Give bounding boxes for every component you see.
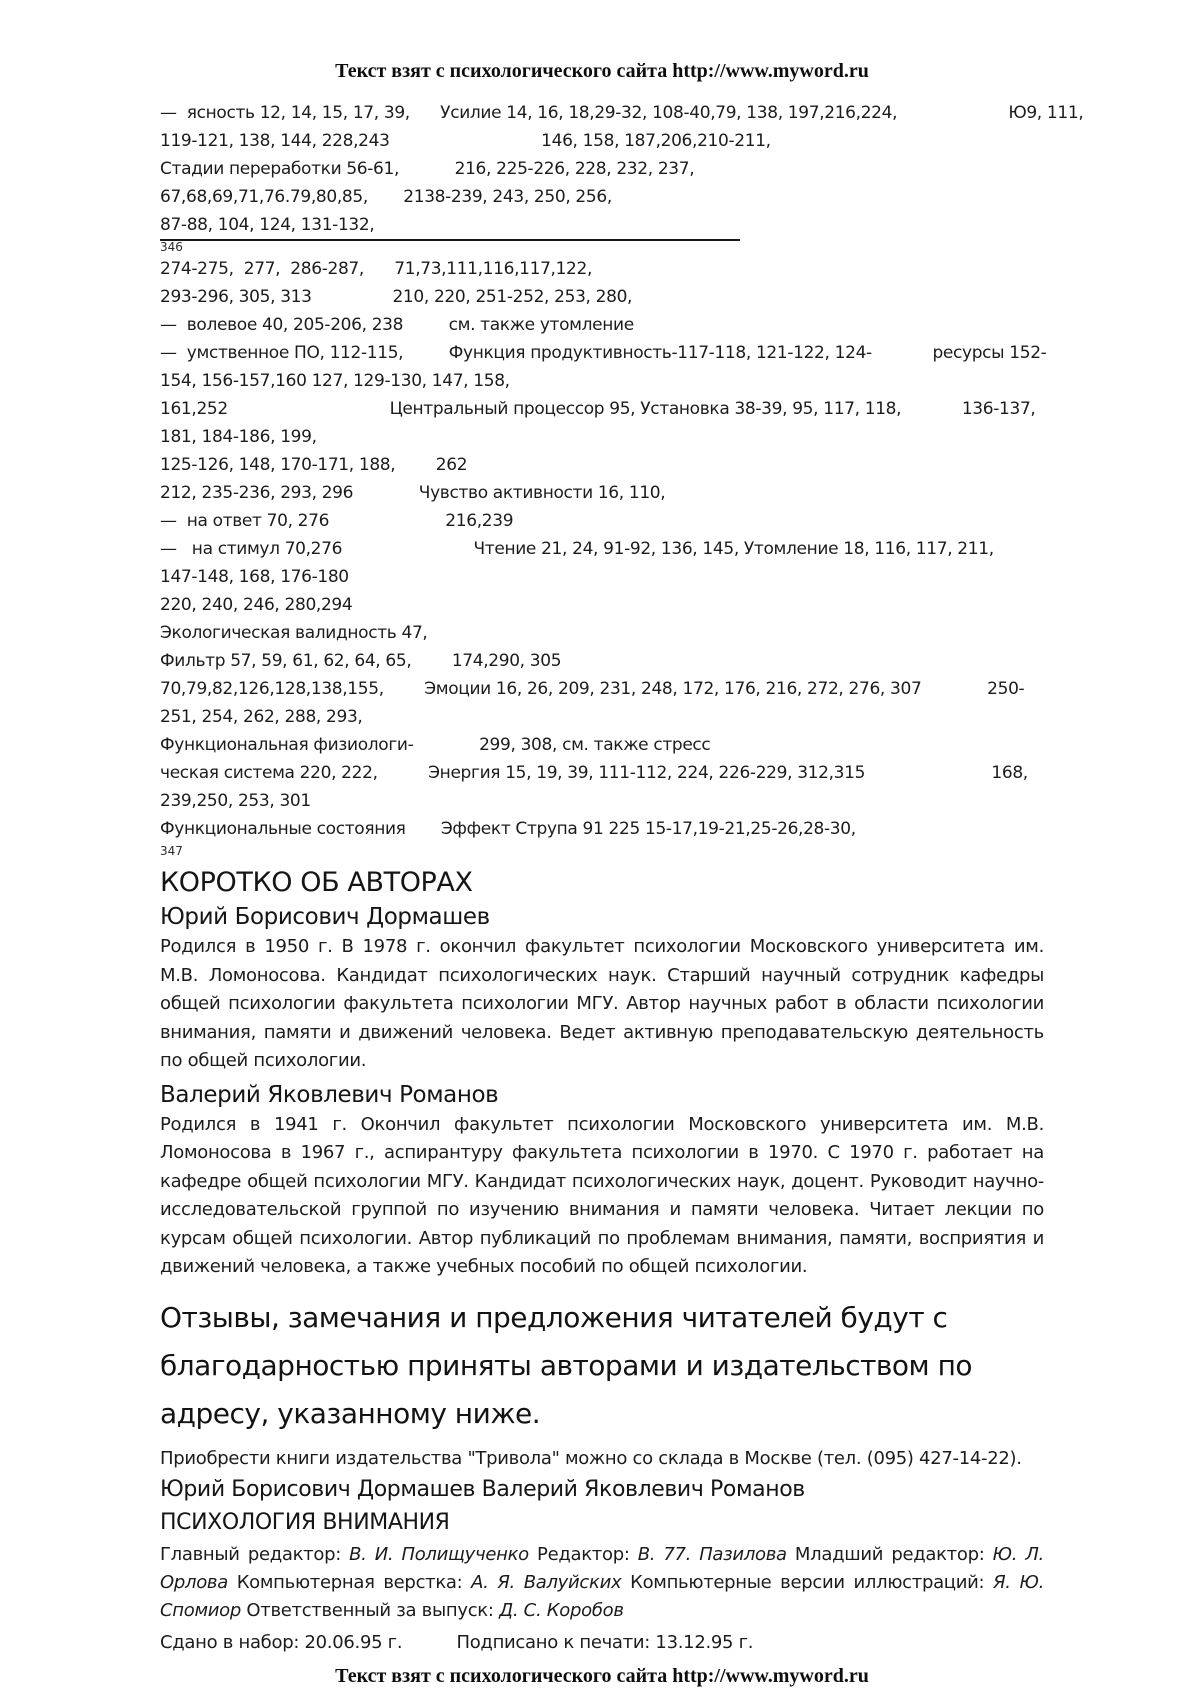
purchase-note: Приобрести книги издательства "Тривола" …: [160, 1444, 1044, 1473]
index-line: 161,252 Центральный процессор 95, Устано…: [160, 395, 1044, 423]
book-title: ПСИХОЛОГИЯ ВНИМАНИЯ: [160, 1506, 1044, 1539]
credit-role-label: Ответственный за выпуск:: [246, 1600, 499, 1621]
credit-role-label: Компьютерные версии иллюстраций:: [630, 1572, 993, 1593]
index-line: ческая система 220, 222, Энергия 15, 19,…: [160, 759, 1044, 787]
credit-role-label: Главный редактор:: [160, 1544, 349, 1565]
index-line: 67,68,69,71,76.79,80,85, 2138-239, 243, …: [160, 183, 1044, 211]
index-line: 181, 184-186, 199,: [160, 423, 1044, 451]
index-line: Фильтр 57, 59, 61, 62, 64, 65, 174,290, …: [160, 647, 1044, 675]
index-line: 70,79,82,126,128,138,155, Эмоции 16, 26,…: [160, 675, 1044, 703]
credit-person-name: В. И. Полищученко: [349, 1544, 537, 1565]
index-line: — ясность 12, 14, 15, 17, 39, Усилие 14,…: [160, 99, 1044, 127]
index-line: — умственное ПО, 112-115, Функция продук…: [160, 339, 1044, 367]
index-section: — ясность 12, 14, 15, 17, 39, Усилие 14,…: [160, 99, 1044, 859]
index-line: — на стимул 70,276 Чтение 21, 24, 91-92,…: [160, 535, 1044, 563]
index-line: 251, 254, 262, 288, 293,: [160, 703, 1044, 731]
index-line: 125-126, 148, 170-171, 188, 262: [160, 451, 1044, 479]
document-page: Текст взят с психологического сайта http…: [0, 0, 1200, 1697]
credit-person-name: Д. С. Коробов: [499, 1600, 624, 1621]
author-bio-romanov: Родился в 1941 г. Окончил факультет псих…: [160, 1111, 1044, 1282]
index-line: 87-88, 104, 124, 131-132,: [160, 211, 740, 241]
index-line: 274-275, 277, 286-287, 71,73,111,116,117…: [160, 255, 1044, 283]
index-line: 220, 240, 246, 280,294: [160, 591, 1044, 619]
credit-role-label: Компьютерная верстка:: [237, 1572, 471, 1593]
index-line: 154, 156-157,160 127, 129-130, 147, 158,: [160, 367, 1044, 395]
author-name-romanov: Валерий Яковлевич Романов: [160, 1082, 1044, 1108]
credits-line: Главный редактор: В. И. Полищученко Реда…: [160, 1541, 1044, 1625]
page-number-marker: 347: [160, 843, 1044, 859]
feedback-note: Отзывы, замечания и предложения читателе…: [160, 1294, 1000, 1438]
index-line: 212, 235-236, 293, 296 Чувство активност…: [160, 479, 1044, 507]
site-header-note: Текст взят с психологического сайта http…: [160, 60, 1044, 83]
index-line: — волевое 40, 205-206, 238 см. также уто…: [160, 311, 1044, 339]
index-line: 239,250, 253, 301: [160, 787, 1044, 815]
index-line: Экологическая валидность 47,: [160, 619, 1044, 647]
index-line: Стадии переработки 56-61, 216, 225-226, …: [160, 155, 1044, 183]
index-line: 293-296, 305, 313 210, 220, 251-252, 253…: [160, 283, 1044, 311]
about-authors-heading: КОРОТКО ОБ АВТОРАХ: [160, 867, 1044, 898]
credit-role-label: Младший редактор:: [795, 1544, 993, 1565]
print-dates-line: Сдано в набор: 20.06.95 г. Подписано к п…: [160, 1628, 1044, 1657]
index-line: 119-121, 138, 144, 228,243 146, 158, 187…: [160, 127, 1044, 155]
credit-person-name: В. 77. Пазилова: [638, 1544, 795, 1565]
credit-person-name: А. Я. Валуйских: [471, 1572, 630, 1593]
page-number-marker: 346: [160, 239, 1044, 255]
site-footer-note: Текст взят с психологического сайта http…: [160, 1665, 1044, 1688]
colophon-authors-line: Юрий Борисович Дормашев Валерий Яковлеви…: [160, 1473, 1044, 1506]
author-name-dormashev: Юрий Борисович Дормашев: [160, 904, 1044, 930]
author-bio-dormashev: Родился в 1950 г. В 1978 г. окончил факу…: [160, 933, 1044, 1076]
index-line: 147-148, 168, 176-180: [160, 563, 1044, 591]
index-line: — на ответ 70, 276 216,239: [160, 507, 1044, 535]
credit-role-label: Редактор:: [537, 1544, 638, 1565]
index-line: Функциональные состояния Эффект Струпа 9…: [160, 815, 1044, 843]
index-line: Функциональная физиологи- 299, 308, см. …: [160, 731, 1044, 759]
